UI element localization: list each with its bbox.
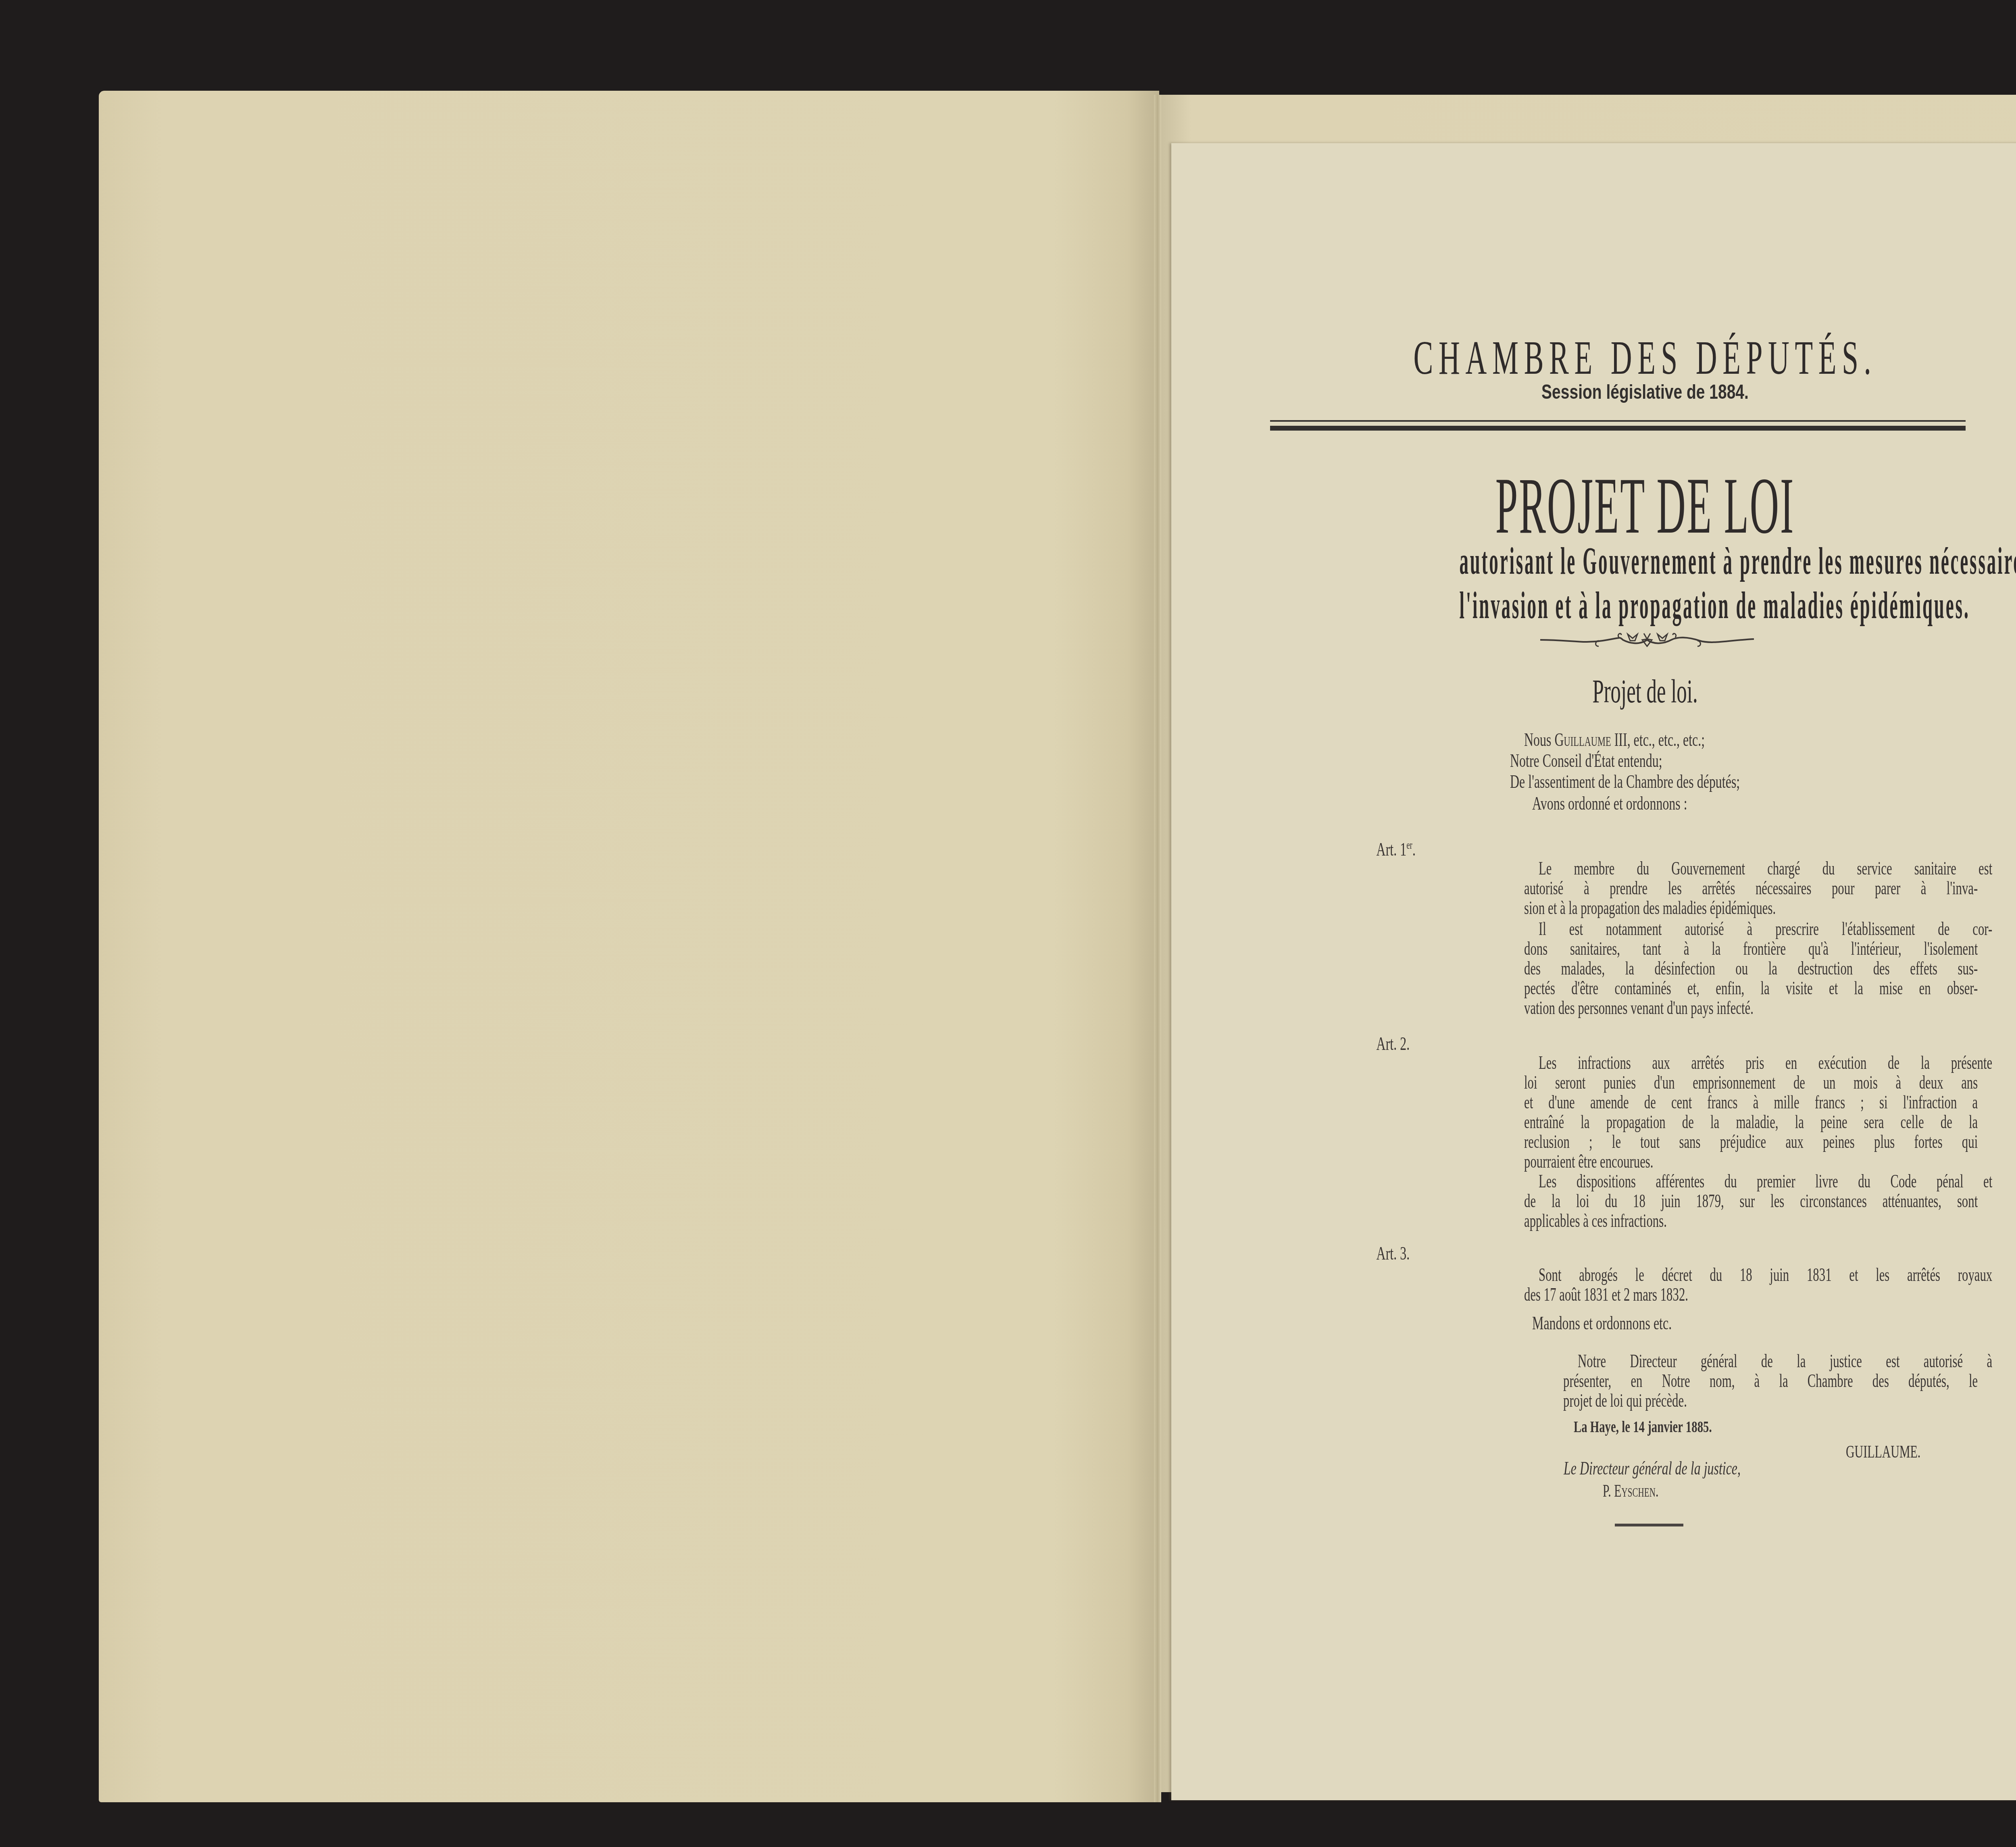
text-line: Sont abrogés le décret du 18 juin 1831 e… (1524, 1265, 1992, 1285)
text-line: et d'une amende de cent francs à mille f… (1524, 1093, 1978, 1112)
text-line: de la loi du 18 juin 1879, sur les circo… (1524, 1191, 1978, 1211)
article-2-heading: Art. 2. (1377, 1033, 1914, 1055)
header-rule-thick (1270, 426, 1966, 431)
article-1-number: Art. 1 (1377, 839, 1407, 860)
bill-subtitle-line-2: l'invasion et à la propagation de maladi… (1459, 583, 1831, 627)
article-3-paragraph-1: Sont abrogés le décret du 18 juin 1831 e… (1524, 1265, 1978, 1305)
text-line: des 17 août 1831 et 2 mars 1832. (1524, 1285, 1978, 1305)
text-line: loi seront punies d'un emprisonnement de… (1524, 1073, 1978, 1093)
header-rule-thin (1270, 420, 1966, 422)
preamble-line-3: De l'assentiment de la Chambre des déput… (1510, 771, 1740, 793)
text-line: dons sanitaires, tant à la frontière qu'… (1524, 939, 1978, 959)
article-3-heading: Art. 3. (1377, 1243, 1914, 1264)
session-line: Session législative de 1884. (1337, 380, 1954, 404)
text-line: présenter, en Notre nom, à la Chambre de… (1563, 1371, 1978, 1391)
article-1-paragraph-1: Le membre du Gouvernement chargé du serv… (1524, 859, 1978, 918)
sovereign-name: Guillaume (1554, 729, 1611, 750)
vine-ornament-icon (1538, 631, 1756, 647)
article-1-heading: Art. 1er. (1377, 839, 1914, 860)
preamble-suffix: III, etc., etc., etc.; (1611, 729, 1705, 750)
text-line: projet de loi qui précède. (1563, 1391, 1978, 1411)
text-line: Les infractions aux arrêtés pris en exéc… (1524, 1053, 1992, 1073)
closing-formula: Mandons et ordonnons etc. (1532, 1312, 1672, 1334)
text-line: reclusion ; le tout sans préjudice aux p… (1524, 1132, 1978, 1152)
text-line: Il est notamment autorisé à prescrire l'… (1524, 919, 1992, 939)
text-line: applicables à ces infractions. (1524, 1211, 1978, 1231)
article-1-superscript: er (1406, 839, 1412, 852)
bill-subtitle-line-1: autorisant le Gouvernement à prendre les… (1459, 538, 1831, 583)
text-line: pourraient être encourues. (1524, 1152, 1978, 1172)
text-line: Les dispositions afférentes du premier l… (1524, 1172, 1992, 1191)
text-line: vation des personnes venant d'un pays in… (1524, 998, 1978, 1018)
closing-rule (1615, 1524, 1683, 1526)
article-1-period: . (1412, 839, 1416, 860)
text-line: entraîné la propagation de la maladie, l… (1524, 1112, 1978, 1132)
article-2-paragraph-1: Les infractions aux arrêtés pris en exéc… (1524, 1053, 1978, 1172)
text-line: des malades, la désinfection ou la destr… (1524, 959, 1978, 979)
countersign-title: Le Directeur général de la justice, (1564, 1458, 1741, 1479)
section-heading: Projet de loi. (1400, 673, 1890, 710)
article-2-paragraph-2: Les dispositions afférentes du premier l… (1524, 1172, 1978, 1231)
preamble-line-4: Avons ordonné et ordonnons : (1532, 793, 1687, 814)
sovereign-signature: GUILLAUME. (1846, 1441, 1920, 1462)
preamble-prefix: Nous (1524, 729, 1554, 750)
presentation-paragraph: Notre Directeur général de la justice es… (1563, 1351, 1978, 1411)
countersign-name: P. Eyschen. (1603, 1481, 1658, 1501)
place-date: La Haye, le 14 janvier 1885. (1574, 1417, 1712, 1436)
left-page-blank (99, 91, 1159, 1802)
countersign-initial: P. (1603, 1481, 1614, 1501)
book-spine (1154, 95, 1161, 1802)
text-line: pectés d'être contaminés et, enfin, la v… (1524, 979, 1978, 998)
text-line: autorisé à prendre les arrêtés nécessair… (1524, 879, 1978, 898)
text-line: sion et à la propagation des maladies ép… (1524, 898, 1978, 918)
chamber-title: CHAMBRE DES DÉPUTÉS. (1400, 331, 1890, 385)
text-line: Notre Directeur général de la justice es… (1563, 1351, 1992, 1371)
text-line: Le membre du Gouvernement chargé du serv… (1524, 859, 1992, 879)
countersign-surname: Eyschen. (1614, 1481, 1658, 1501)
article-1-paragraph-2: Il est notamment autorisé à prescrire l'… (1524, 919, 1978, 1018)
preamble-line-1: Nous Guillaume III, etc., etc., etc.; (1524, 729, 1705, 751)
preamble-line-2: Notre Conseil d'État entendu; (1510, 750, 1662, 772)
